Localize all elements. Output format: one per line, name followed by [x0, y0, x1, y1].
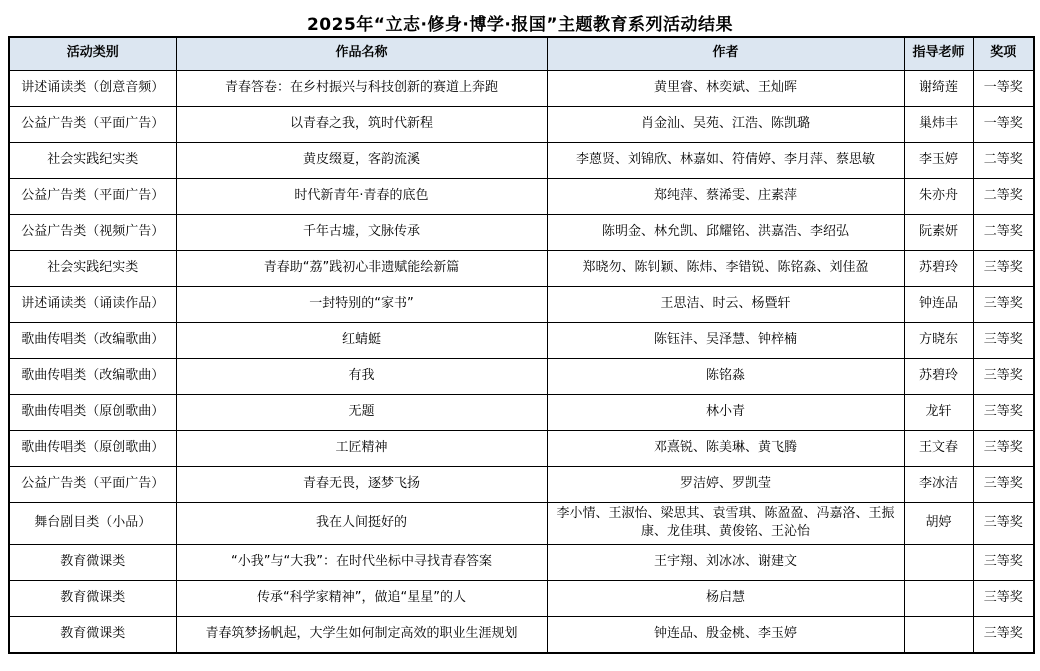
cell-authors: 陈明金、林允凯、邱耀铭、洪嘉浩、李绍弘	[547, 214, 904, 250]
cell-authors: 王宇翔、刘冰冰、谢建文	[547, 545, 904, 581]
table-row: 歌曲传唱类（原创歌曲） 无题 林小青 龙轩 三等奖	[9, 394, 1034, 430]
cell-authors: 罗洁婷、罗凯莹	[547, 466, 904, 502]
cell-category: 教育微课类	[9, 581, 176, 617]
table-row: 公益广告类（平面广告） 以青春之我，筑时代新程 肖金汕、吴苑、江浩、陈凯璐 巢炜…	[9, 106, 1034, 142]
cell-work: 传承“科学家精神”，做追“星星”的人	[176, 581, 547, 617]
table-row: 社会实践纪实类 青春助“荔”践初心非遗赋能绘新篇 郑晓勿、陈钊颖、陈炜、李错锐、…	[9, 250, 1034, 286]
cell-category: 讲述诵读类（诵读作品）	[9, 286, 176, 322]
cell-teacher	[904, 581, 973, 617]
cell-award: 三等奖	[973, 250, 1034, 286]
cell-category: 公益广告类（平面广告）	[9, 106, 176, 142]
cell-teacher: 龙轩	[904, 394, 973, 430]
cell-award: 三等奖	[973, 430, 1034, 466]
table-row: 教育微课类 “小我”与“大我”：在时代坐标中寻找青春答案 王宇翔、刘冰冰、谢建文…	[9, 545, 1034, 581]
cell-teacher: 李玉婷	[904, 142, 973, 178]
cell-award: 三等奖	[973, 617, 1034, 653]
cell-award: 一等奖	[973, 106, 1034, 142]
cell-category: 公益广告类（平面广告）	[9, 178, 176, 214]
cell-category: 教育微课类	[9, 617, 176, 653]
cell-award: 一等奖	[973, 70, 1034, 106]
cell-authors: 王思洁、时云、杨暨轩	[547, 286, 904, 322]
cell-teacher: 阮素妍	[904, 214, 973, 250]
document-page: 2025年“立志·修身·博学·报国”主题教育系列活动结果 活动类别 作品名称 作…	[0, 0, 1040, 671]
cell-authors: 陈钰沣、吴泽慧、钟梓楠	[547, 322, 904, 358]
cell-work: 红蜻蜓	[176, 322, 547, 358]
column-header-teacher: 指导老师	[904, 37, 973, 70]
cell-teacher: 谢绮莲	[904, 70, 973, 106]
cell-award: 三等奖	[973, 322, 1034, 358]
cell-teacher: 王文春	[904, 430, 973, 466]
cell-teacher: 李冰洁	[904, 466, 973, 502]
cell-teacher: 苏碧玲	[904, 250, 973, 286]
table-row: 歌曲传唱类（改编歌曲） 有我 陈铭淼 苏碧玲 三等奖	[9, 358, 1034, 394]
cell-category: 公益广告类（平面广告）	[9, 466, 176, 502]
table-row: 社会实践纪实类 黄皮缀夏，客韵流溪 李蒽贤、刘锦欣、林嘉如、符倩婷、李月萍、蔡思…	[9, 142, 1034, 178]
cell-teacher: 方晓东	[904, 322, 973, 358]
cell-work: 以青春之我，筑时代新程	[176, 106, 547, 142]
table-row: 教育微课类 青春筑梦扬帆起，大学生如何制定高效的职业生涯规划 钟连品、殷金桃、李…	[9, 617, 1034, 653]
cell-authors: 陈铭淼	[547, 358, 904, 394]
cell-category: 歌曲传唱类（改编歌曲）	[9, 322, 176, 358]
cell-work: 一封特别的“家书”	[176, 286, 547, 322]
table-row: 公益广告类（视频广告） 千年古墟，文脉传承 陈明金、林允凯、邱耀铭、洪嘉浩、李绍…	[9, 214, 1034, 250]
table-row: 舞台剧目类（小品） 我在人间挺好的 李小情、王淑怡、梁思其、袁雪琪、陈盈盈、冯嘉…	[9, 502, 1034, 545]
cell-authors: 李蒽贤、刘锦欣、林嘉如、符倩婷、李月萍、蔡思敏	[547, 142, 904, 178]
cell-authors: 林小青	[547, 394, 904, 430]
table-row: 讲述诵读类（创意音频） 青春答卷：在乡村振兴与科技创新的赛道上奔跑 黄里睿、林奕…	[9, 70, 1034, 106]
cell-category: 舞台剧目类（小品）	[9, 502, 176, 545]
cell-category: 歌曲传唱类（改编歌曲）	[9, 358, 176, 394]
cell-authors: 黄里睿、林奕斌、王灿晖	[547, 70, 904, 106]
cell-award: 三等奖	[973, 502, 1034, 545]
cell-authors: 邓熹锐、陈美琳、黄飞腾	[547, 430, 904, 466]
cell-authors: 钟连品、殷金桃、李玉婷	[547, 617, 904, 653]
cell-authors: 李小情、王淑怡、梁思其、袁雪琪、陈盈盈、冯嘉洛、王振康、龙佳琪、黄俊铭、王沁怡	[547, 502, 904, 545]
cell-work: 有我	[176, 358, 547, 394]
cell-authors: 郑晓勿、陈钊颖、陈炜、李错锐、陈铭淼、刘佳盈	[547, 250, 904, 286]
cell-award: 二等奖	[973, 214, 1034, 250]
column-header-category: 活动类别	[9, 37, 176, 70]
cell-authors: 杨启慧	[547, 581, 904, 617]
header-row: 活动类别 作品名称 作者 指导老师 奖项	[9, 37, 1034, 70]
column-header-authors: 作者	[547, 37, 904, 70]
cell-category: 公益广告类（视频广告）	[9, 214, 176, 250]
cell-award: 三等奖	[973, 286, 1034, 322]
cell-work: 我在人间挺好的	[176, 502, 547, 545]
cell-category: 讲述诵读类（创意音频）	[9, 70, 176, 106]
cell-work: “小我”与“大我”：在时代坐标中寻找青春答案	[176, 545, 547, 581]
cell-award: 三等奖	[973, 545, 1034, 581]
cell-award: 二等奖	[973, 178, 1034, 214]
table-row: 讲述诵读类（诵读作品） 一封特别的“家书” 王思洁、时云、杨暨轩 钟连品 三等奖	[9, 286, 1034, 322]
cell-work: 千年古墟，文脉传承	[176, 214, 547, 250]
cell-award: 三等奖	[973, 581, 1034, 617]
cell-teacher: 胡婷	[904, 502, 973, 545]
cell-work: 工匠精神	[176, 430, 547, 466]
cell-authors: 郑纯萍、蔡浠雯、庄素萍	[547, 178, 904, 214]
table-row: 歌曲传唱类（改编歌曲） 红蜻蜓 陈钰沣、吴泽慧、钟梓楠 方晓东 三等奖	[9, 322, 1034, 358]
cell-teacher	[904, 617, 973, 653]
cell-category: 教育微课类	[9, 545, 176, 581]
cell-category: 社会实践纪实类	[9, 250, 176, 286]
page-title: 2025年“立志·修身·博学·报国”主题教育系列活动结果	[0, 0, 1040, 36]
table-row: 公益广告类（平面广告） 青春无畏，逐梦飞扬 罗洁婷、罗凯莹 李冰洁 三等奖	[9, 466, 1034, 502]
cell-category: 歌曲传唱类（原创歌曲）	[9, 394, 176, 430]
table-body: 讲述诵读类（创意音频） 青春答卷：在乡村振兴与科技创新的赛道上奔跑 黄里睿、林奕…	[9, 70, 1034, 653]
column-header-work: 作品名称	[176, 37, 547, 70]
cell-work: 青春筑梦扬帆起，大学生如何制定高效的职业生涯规划	[176, 617, 547, 653]
cell-authors: 肖金汕、吴苑、江浩、陈凯璐	[547, 106, 904, 142]
results-table: 活动类别 作品名称 作者 指导老师 奖项 讲述诵读类（创意音频） 青春答卷：在乡…	[8, 36, 1035, 654]
cell-work: 黄皮缀夏，客韵流溪	[176, 142, 547, 178]
cell-category: 社会实践纪实类	[9, 142, 176, 178]
cell-teacher: 巢炜丰	[904, 106, 973, 142]
cell-teacher: 苏碧玲	[904, 358, 973, 394]
cell-category: 歌曲传唱类（原创歌曲）	[9, 430, 176, 466]
table-row: 公益广告类（平面广告） 时代新青年·青春的底色 郑纯萍、蔡浠雯、庄素萍 朱亦舟 …	[9, 178, 1034, 214]
column-header-award: 奖项	[973, 37, 1034, 70]
cell-teacher	[904, 545, 973, 581]
cell-teacher: 朱亦舟	[904, 178, 973, 214]
cell-teacher: 钟连品	[904, 286, 973, 322]
cell-work: 时代新青年·青春的底色	[176, 178, 547, 214]
cell-work: 青春助“荔”践初心非遗赋能绘新篇	[176, 250, 547, 286]
cell-award: 二等奖	[973, 142, 1034, 178]
table-row: 教育微课类 传承“科学家精神”，做追“星星”的人 杨启慧 三等奖	[9, 581, 1034, 617]
cell-work: 青春答卷：在乡村振兴与科技创新的赛道上奔跑	[176, 70, 547, 106]
cell-work: 无题	[176, 394, 547, 430]
cell-work: 青春无畏，逐梦飞扬	[176, 466, 547, 502]
table-row: 歌曲传唱类（原创歌曲） 工匠精神 邓熹锐、陈美琳、黄飞腾 王文春 三等奖	[9, 430, 1034, 466]
cell-award: 三等奖	[973, 466, 1034, 502]
cell-award: 三等奖	[973, 358, 1034, 394]
cell-award: 三等奖	[973, 394, 1034, 430]
